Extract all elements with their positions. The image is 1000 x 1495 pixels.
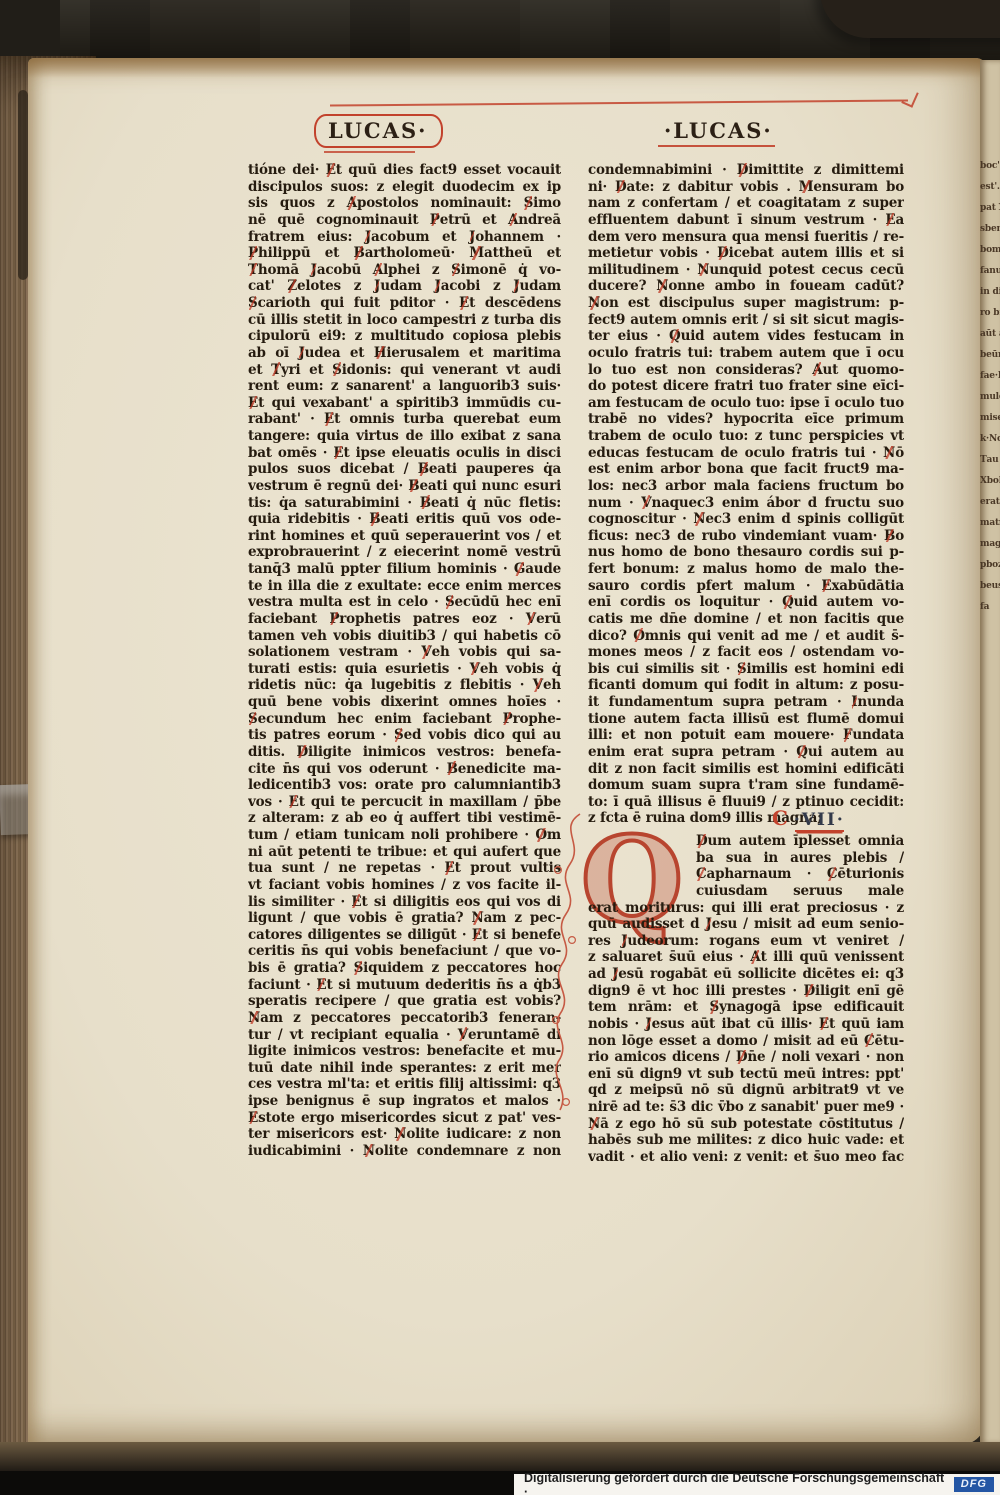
text-line: Nā z ego hō sū sub potestate cōstitutus … — [588, 1116, 904, 1133]
text-line: beūn — [980, 345, 1000, 366]
text-line: ducere? Nonne ambo in foueam cadūt? — [588, 278, 904, 295]
chapter-paraph: C — [772, 806, 788, 830]
left-text-column: tióne dei· Et quū dies fact9 esset vocau… — [248, 162, 561, 1161]
text-line: cite n̄s qui vos oderunt · Benedicite ma… — [248, 761, 561, 778]
penwork-flourish-icon — [546, 810, 590, 1120]
text-line: cipulorū ei9: z multitudo copiosa plebis — [248, 328, 561, 345]
text-line: ipse benignus ē sup ingratos et malos · — [248, 1093, 561, 1110]
text-line: res Judeorum: rogans eum vt veniret / — [588, 933, 904, 950]
page-edge-streak — [18, 90, 28, 280]
text-line: tem nrām: et Synagogā ipse edificauit — [588, 999, 904, 1016]
scanned-book-photo: LUCAS· ·LUCAS· tióne dei· Et quū dies fa… — [0, 0, 1000, 1495]
text-line: ba sua in aures plebis / intrauit — [696, 850, 904, 867]
text-line: pat X — [980, 198, 1000, 219]
running-header-right: ·LUCAS· — [658, 116, 779, 145]
text-line: ficanti domum qui fodit in altum: z posu… — [588, 677, 904, 694]
text-line: est enim arbor bona que facit fruct9 ma- — [588, 461, 904, 478]
dark-corner-right — [820, 0, 1000, 38]
text-line: Tau — [980, 450, 1000, 471]
text-line: aūt ap — [980, 324, 1000, 345]
text-line: exprobrauerint / z eiecerint nomē vestrū — [248, 544, 561, 561]
text-line: dem vero mensura qua mensi fueritis / re… — [588, 229, 904, 246]
text-line: tis: q̇a saturabimini · Beati q̇ nūc fle… — [248, 495, 561, 512]
text-line: nobis · Jesus aūt ibat cū illis· Et quū … — [588, 1016, 904, 1033]
text-line: tua sunt / ne repetas · Et prout vultis — [248, 860, 561, 877]
red-ruling-line — [330, 99, 908, 106]
digitization-credit-bar: Digitalisierung gefördert durch die Deut… — [514, 1474, 1000, 1495]
text-line: fect9 autem omnis erit / si sit sicut ma… — [588, 312, 904, 329]
text-line: rabant' · Et omnis turba querebat eum — [248, 411, 561, 428]
text-line: tis patres eorum · Sed vobis dico qui au — [248, 727, 561, 744]
text-line: solationem vestram · Veh vobis qui sa- — [248, 644, 561, 661]
text-line: vestra multa est in celo · Secūdū hec en… — [248, 594, 561, 611]
text-line: matri — [980, 513, 1000, 534]
text-line: los: nec3 arbor mala faciens fructum bo — [588, 478, 904, 495]
running-header-left: LUCAS· — [314, 114, 443, 148]
text-line: fanur — [980, 261, 1000, 282]
text-line: te in illa die z exultate: ecce enim mer… — [248, 578, 561, 595]
text-line: condemnabimini · Dimittite z dimittemi — [588, 162, 904, 179]
text-line: do potest dicere fratri tuo frater sine … — [588, 378, 904, 395]
text-line: domum suam supra t'ram sine fundamē- — [588, 777, 904, 794]
text-line: k·No — [980, 429, 1000, 450]
chapter-marker: C ·VII· — [772, 806, 845, 830]
text-line: magr — [980, 534, 1000, 555]
text-line: beus r — [980, 576, 1000, 597]
text-line: bis ē gratia? Siquidem z peccatores hoc — [248, 960, 561, 977]
red-ruling-hook — [901, 88, 918, 107]
text-line: fert bonum: z malus homo de malo the- — [588, 561, 904, 578]
text-line: faciunt · Et si mutuum dederitis n̄s a q… — [248, 977, 561, 994]
book-page: LUCAS· ·LUCAS· tióne dei· Et quū dies fa… — [28, 58, 986, 1445]
text-line: rent eum: z sanarent' a languorib3 suis· — [248, 378, 561, 395]
chapter-indented-lines: Dum autem īplesset omnia v'-ba sua in au… — [696, 833, 904, 900]
dfg-logo: DFG — [954, 1477, 994, 1492]
text-line: tanq̄3 malū ppter filium hominis · Gaude — [248, 561, 561, 578]
text-line: boc' — [980, 156, 1000, 177]
text-line: faciebant Prophetis patres eoz · Verū — [248, 611, 561, 628]
text-line: vos · Et qui te percucit in maxillam / p… — [248, 794, 561, 811]
text-line: ni aūt petenti te tribue: et qui aufert … — [248, 844, 561, 861]
text-line: tione autem facta illisū est flumē domui — [588, 711, 904, 728]
text-line: vadit · et alio veni: z venit: et s̄uo m… — [588, 1149, 904, 1166]
text-line: lo tuo est non consideras? Aut quomo- — [588, 362, 904, 379]
text-line: nam z confertam / et coagitatam z super — [588, 195, 904, 212]
text-line: metietur vobis · Dicebat autem illis et … — [588, 245, 904, 262]
text-line: ter misericors est· Nolite iudicare: z n… — [248, 1126, 561, 1143]
text-line: pboza — [980, 555, 1000, 576]
text-line: ligite inimicos vestros: benefacite et m… — [248, 1043, 561, 1060]
text-line: catis me dn̄e domine / et non facitis qu… — [588, 611, 904, 628]
text-line: nirē ad te: s̄3 dic v̄bo z sanabit' puer… — [588, 1099, 904, 1116]
text-line: Thomā Jacobū Alphei z Simonē q̇ vo- — [248, 262, 561, 279]
text-line: Et qui vexabant' a spiritib3 immūdis cu- — [248, 395, 561, 412]
text-line: quū audisset d̄ Jesu / misit ad eum seni… — [588, 916, 904, 933]
text-line: ligunt / que vobis ē gratia? Nam z pec- — [248, 910, 561, 927]
text-line: et Tyri et Sidonis: qui venerant vt audi — [248, 362, 561, 379]
running-header-left-text: LUCAS· — [328, 118, 427, 143]
credit-text: Digitalisierung gefördert durch die Deut… — [524, 1471, 947, 1495]
text-line: ab oī Judea et Hierusalem et maritima — [248, 345, 561, 362]
text-line: it fundamentum supra petram · Inunda — [588, 694, 904, 711]
text-line: in diu — [980, 282, 1000, 303]
text-line: fa — [980, 597, 1000, 618]
right-text-column: condemnabimini · Dimittite z dimittemini… — [588, 162, 904, 827]
text-line: Philippū et Bartholomeū· Mattheū et — [248, 245, 561, 262]
text-line: num · Vnaquec3 enim ábor d̄ fructu suo — [588, 495, 904, 512]
text-line: vestrum ē regnū dei· Beati qui nunc esur… — [248, 478, 561, 495]
text-line: ad Jesū rogabāt eū sollicite dicētes ei:… — [588, 966, 904, 983]
text-line: mulea — [980, 387, 1000, 408]
text-line: to: ī quā illisus ē fluui9 / z ptinuo ce… — [588, 794, 904, 811]
text-line: tangere: quia virtus de illo exibat z sa… — [248, 428, 561, 445]
text-line: ni· Date: z dabitur vobis . Mensuram bo — [588, 179, 904, 196]
running-header-right-text: ·LUCAS· — [664, 118, 773, 143]
text-line: Scarioth qui fuit pditor · Et descēdens — [248, 295, 561, 312]
text-line: ledicentib3 vos: orate pro calumniantib3 — [248, 777, 561, 794]
text-line: effluentem dabunt ī sinum vestrum · Ea — [588, 212, 904, 229]
text-line: erat n — [980, 492, 1000, 513]
text-line: vt faciant vobis homines / z vos facite … — [248, 877, 561, 894]
text-line: catores diligentes se diligūt · Et si be… — [248, 927, 561, 944]
text-line: am festucam de oculo tuo: ipse ī oculo t… — [588, 395, 904, 412]
text-line: oculo fratris tui: trabem autem que ī oc… — [588, 345, 904, 362]
text-line: est'. — [980, 177, 1000, 198]
text-line: trabem de oculo tuo: z tunc perspicies v… — [588, 428, 904, 445]
text-line: z saluaret s̄uū eius · At illi quū venis… — [588, 949, 904, 966]
text-line: enim erat supra petram · Qui autem au — [588, 744, 904, 761]
text-line: Nam z peccatores peccatorib3 feneran- — [248, 1010, 561, 1027]
text-line: erat moriturus: qui illi erat preciosus … — [588, 900, 904, 917]
text-line: tum / etiam tunicam noli prohibere · Om — [248, 827, 561, 844]
text-line: Estote ergo misericordes sicut z pat' ve… — [248, 1110, 561, 1127]
text-line: educas festucam de oculo fratris tui · N… — [588, 445, 904, 462]
text-line: quia ridebitis · Beati eritis quū vos od… — [248, 511, 561, 528]
text-line: tióne dei· Et quū dies fact9 esset vocau… — [248, 162, 561, 179]
text-line: enī sū dign9 vt sub tectū meū intres: pp… — [588, 1066, 904, 1083]
text-line: sis quos z Apostolos nominauit: Simo — [248, 195, 561, 212]
chapter-full-lines: erat moriturus: qui illi erat preciosus … — [588, 900, 904, 1166]
text-line: sauro cordis pfert malum · Exabūdātia — [588, 578, 904, 595]
text-line: dign9 ē vt hoc illi prestes · Diligit en… — [588, 983, 904, 1000]
text-line: cū illis stetit in loco campestri z turb… — [248, 312, 561, 329]
text-line: cat' Zelotes z Judam Jacobi z Judam — [248, 278, 561, 295]
text-line: rio amicos dicens / Dn̄e / noli vexari ·… — [588, 1049, 904, 1066]
text-line: pulos suos dicebat / Beati pauperes q̇a — [248, 461, 561, 478]
text-line: Capharnaum · Cēturionis aūt — [696, 866, 904, 883]
text-line: lis similiter · Et si diligitis eos qui … — [248, 894, 561, 911]
text-line: nus homo de bono thesauro cordis sui p- — [588, 544, 904, 561]
text-line: enī cordis os loquitur · Quid autem vo- — [588, 594, 904, 611]
text-line: z alteram: z ab eo q̇ auffert tibi vesti… — [248, 810, 561, 827]
next-page-text-bleed: boc'est'.pat Xsbembomufanurin diuro bisa… — [980, 60, 1000, 1444]
text-line: militudinem · Nunquid potest cecus cecū — [588, 262, 904, 279]
text-line: iudicabimini · Nolite condemnare z non — [248, 1143, 561, 1160]
text-line: fae·E — [980, 366, 1000, 387]
text-line: mones meos / z facit eos / ostendam vo- — [588, 644, 904, 661]
text-line: Xbole — [980, 471, 1000, 492]
text-line: ficus: nec3 de rubo vindemiant vuam· Bo — [588, 528, 904, 545]
chapter-numeral: ·VII· — [794, 810, 845, 830]
text-line: ridetis nūc: q̇a lugebitis z flebitis · … — [248, 677, 561, 694]
text-line: habēs sub me milites: z dico huic vade: … — [588, 1132, 904, 1149]
text-line: bat omēs · Et ipse eleuatis oculis in di… — [248, 445, 561, 462]
text-line: ter eius · Quid autem vides festucam in — [588, 328, 904, 345]
text-line: cuiusdam seruus male habēs — [696, 883, 904, 900]
text-line: ditis. Diligite inimicos vestros: benefa… — [248, 744, 561, 761]
text-line: Non est discipulus super magistrum: p- — [588, 295, 904, 312]
text-line: dit z non facit similis est homini edifi… — [588, 761, 904, 778]
text-line: turati estis: quia esurietis · Veh vobis… — [248, 661, 561, 678]
text-line: bis cui similis sit · Similis est homini… — [588, 661, 904, 678]
text-line: speratis recipere / que gratia est vobis… — [248, 993, 561, 1010]
text-line: qd̄ z meipsū nō sū dignū arbitrat9 vt ve — [588, 1082, 904, 1099]
text-line: ro bis — [980, 303, 1000, 324]
text-line: rint homines et quū seperauerint vos / e… — [248, 528, 561, 545]
text-line: bomu — [980, 240, 1000, 261]
text-line: sbem — [980, 219, 1000, 240]
page-bottom-shadow — [0, 1442, 1000, 1474]
text-line: tamen veh vobis diuitib3 / qui habetis c… — [248, 628, 561, 645]
text-line: ceritis n̄s qui vobis benefaciunt / que … — [248, 943, 561, 960]
text-line: dico? Omnis qui venit ad me / et audit s… — [588, 628, 904, 645]
text-line: tuū date nihil inde sperantes: z erit me… — [248, 1060, 561, 1077]
text-line: Secundum hec enim faciebant Prophe- — [248, 711, 561, 728]
page-burnt-edge — [28, 58, 986, 78]
text-line: trabē no vides? hypocrita eīce primum — [588, 411, 904, 428]
text-line: cognoscitur · Nec3 enim d̄ spinis collig… — [588, 511, 904, 528]
text-line: tur / vt recipiant equalia · Veruntamē d… — [248, 1027, 561, 1044]
text-line: fratrem eius: Jacobum et Johannem · — [248, 229, 561, 246]
text-line: illi: et non potuit eam mouere· Fundata — [588, 727, 904, 744]
text-line: quū bene vobis dixerint omnes hoīes · — [248, 694, 561, 711]
text-line: non lōge esset a domo / misit ad eū Cētu… — [588, 1033, 904, 1050]
text-line: nē quē cognominauit Petrū et Andreā — [248, 212, 561, 229]
text-line: Dum autem īplesset omnia v'- — [696, 833, 904, 850]
text-line: discipulos suos: z elegit duodecim ex ip — [248, 179, 561, 196]
text-line: ces vestra ml'ta: et eritis filij altiss… — [248, 1076, 561, 1093]
text-line: miser — [980, 408, 1000, 429]
